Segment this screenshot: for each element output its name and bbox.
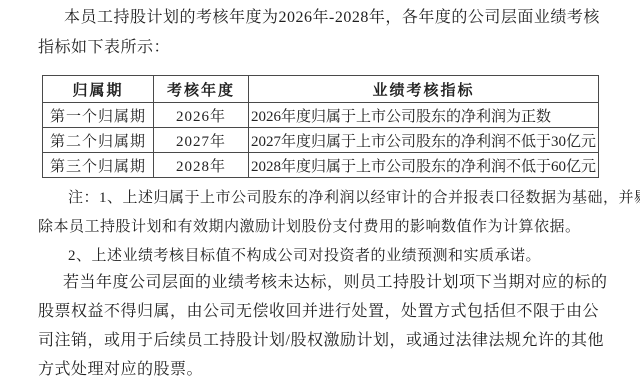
col-header-vesting-period: 归属期 bbox=[43, 76, 154, 103]
text-line: 司注销，或用于后续员工持股计划/股权激励计划，或通过法律法规允许的其他 bbox=[38, 326, 604, 355]
intro-paragraph: 本员工持股计划的考核年度为2026年-2028年，各年度的公司层面业绩考核 指标… bbox=[38, 3, 604, 63]
cell-performance-metric: 2026年度归属于上市公司股东的净利润为正数 bbox=[249, 103, 599, 128]
col-header-assessment-year: 考核年度 bbox=[154, 76, 249, 103]
text-line: 股票权益不得归属，由公司无偿收回并进行处置，处置方式包括但不限于由公 bbox=[38, 297, 604, 326]
cell-performance-metric: 2027年度归属于上市公司股东的净利润不低于30亿元 bbox=[249, 128, 599, 153]
text-line: 方式处理对应的股票。 bbox=[38, 355, 604, 380]
text-line: 除本员工持股计划和有效期内激励计划股份支付费用的影响数值作为计算依据。 bbox=[38, 213, 604, 242]
notes-paragraph: 注：1、上述归属于上市公司股东的净利润以经审计的合并报表口径数据为基础，并剔 除… bbox=[38, 184, 604, 271]
text-line: 注：1、上述归属于上市公司股东的净利润以经审计的合并报表口径数据为基础，并剔 bbox=[38, 184, 604, 213]
table-row: 第三个归属期 2028年 2028年度归属于上市公司股东的净利润不低于60亿元 bbox=[43, 153, 599, 178]
cell-assessment-year: 2028年 bbox=[154, 153, 249, 178]
text-line: 若当年度公司层面的业绩考核未达标，则员工持股计划项下当期对应的标的 bbox=[38, 268, 604, 297]
cell-assessment-year: 2027年 bbox=[154, 128, 249, 153]
cell-performance-metric: 2028年度归属于上市公司股东的净利润不低于60亿元 bbox=[249, 153, 599, 178]
cell-vesting-period: 第二个归属期 bbox=[43, 128, 154, 153]
cell-vesting-period: 第三个归属期 bbox=[43, 153, 154, 178]
text-line: 2、上述业绩考核目标值不构成公司对投资者的业绩预测和实质承诺。 bbox=[38, 242, 604, 271]
cell-assessment-year: 2026年 bbox=[154, 103, 249, 128]
col-header-performance-metric: 业绩考核指标 bbox=[249, 76, 599, 103]
table-header-row: 归属期 考核年度 业绩考核指标 bbox=[43, 76, 599, 103]
cell-vesting-period: 第一个归属期 bbox=[43, 103, 154, 128]
table-row: 第一个归属期 2026年 2026年度归属于上市公司股东的净利润为正数 bbox=[43, 103, 599, 128]
vesting-failure-paragraph: 若当年度公司层面的业绩考核未达标，则员工持股计划项下当期对应的标的 股票权益不得… bbox=[38, 268, 604, 380]
text-line: 本员工持股计划的考核年度为2026年-2028年，各年度的公司层面业绩考核 bbox=[38, 3, 604, 33]
text-line: 指标如下表所示： bbox=[38, 33, 604, 63]
table-row: 第二个归属期 2027年 2027年度归属于上市公司股东的净利润不低于30亿元 bbox=[43, 128, 599, 153]
document-page: 本员工持股计划的考核年度为2026年-2028年，各年度的公司层面业绩考核 指标… bbox=[0, 0, 640, 380]
performance-assessment-table: 归属期 考核年度 业绩考核指标 第一个归属期 2026年 2026年度归属于上市… bbox=[42, 75, 599, 178]
